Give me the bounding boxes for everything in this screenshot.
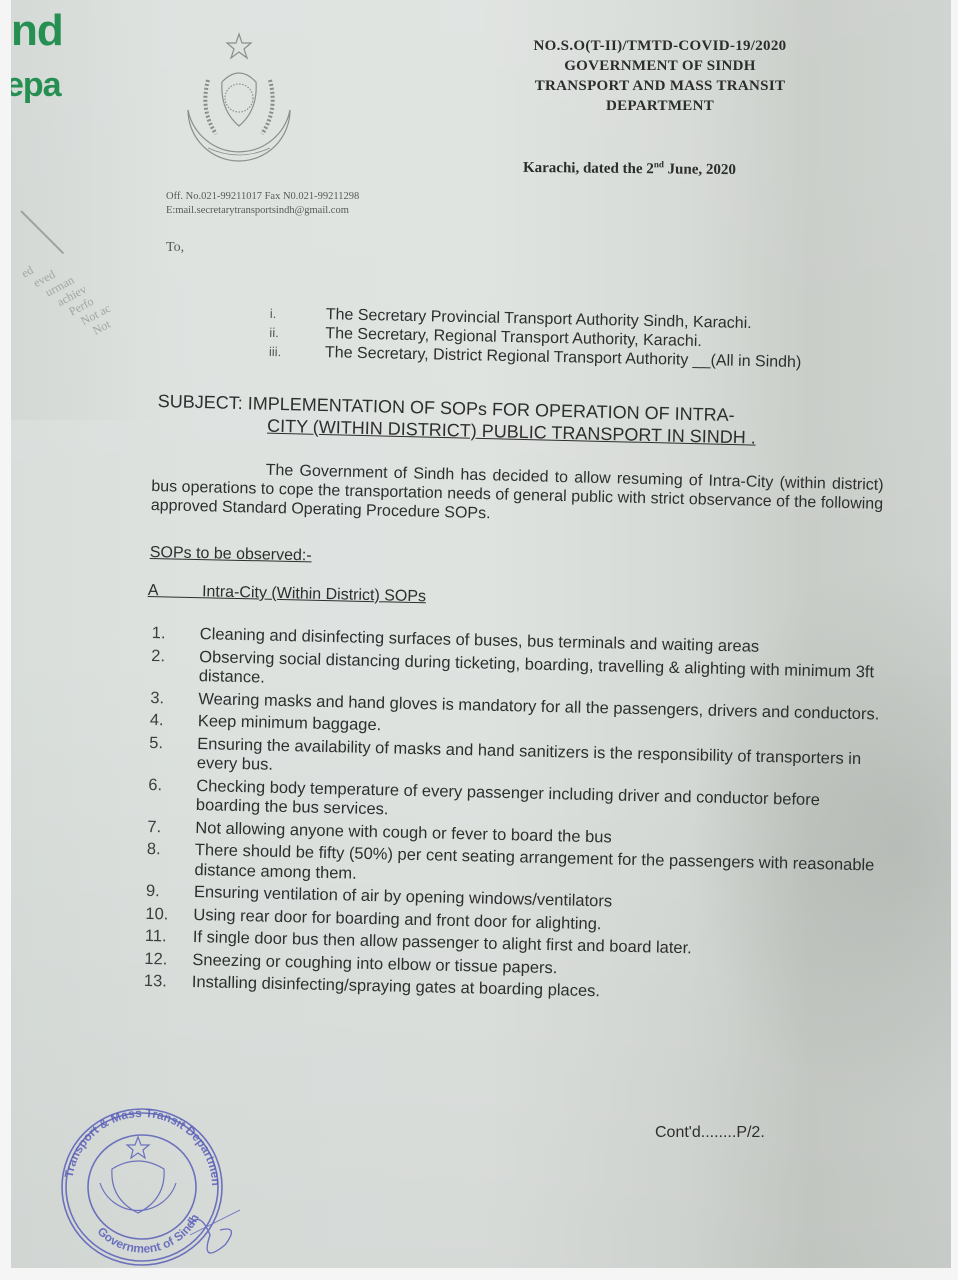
addressee-number: iii.: [269, 342, 325, 362]
sop-number: 12.: [144, 949, 192, 970]
sindh-government-emblem-icon: [178, 30, 300, 170]
sop-number: 13.: [144, 972, 192, 993]
date-ordinal: nd: [654, 159, 664, 169]
addressee-number: ii.: [269, 323, 325, 343]
sop-number: 9.: [146, 882, 194, 903]
sop-number: 6.: [148, 775, 197, 815]
addressee-number: i.: [270, 304, 326, 324]
letterhead-header: NO.S.O(T-II)/TMTD-COVID-19/2020 GOVERNME…: [500, 36, 820, 116]
sop-number: 4.: [150, 711, 198, 732]
sop-number: 7.: [147, 817, 195, 838]
letter-date: Karachi, dated the 2nd June, 2020: [523, 158, 736, 179]
sop-number: 2.: [151, 646, 200, 686]
date-prefix: Karachi, dated the 2: [523, 160, 654, 177]
email: E:mail.secretarytransportsindh@gmail.com: [166, 204, 359, 218]
phone-fax: Off. No.021-99211017 Fax N0.021-99211298: [166, 190, 359, 204]
sop-number: 10.: [145, 904, 193, 925]
reference-number: NO.S.O(T-II)/TMTD-COVID-19/2020: [500, 36, 820, 56]
background-green-text: nd: [11, 6, 63, 56]
subject-label: SUBJECT:: [157, 390, 243, 414]
section-letter: A: [148, 582, 158, 599]
department-line-1: TRANSPORT AND MASS TRANSIT: [500, 76, 820, 96]
sop-number: 8.: [146, 840, 195, 880]
sop-number: 1.: [152, 624, 200, 645]
sop-list: 1.Cleaning and disinfecting surfaces of …: [144, 624, 892, 1011]
sop-number: 3.: [150, 688, 198, 709]
contact-info: Off. No.021-99211017 Fax N0.021-99211298…: [166, 190, 359, 218]
background-sheet: [11, 0, 161, 420]
sops-heading: SOPs to be observed:-: [150, 544, 312, 565]
date-rest: June, 2020: [664, 161, 736, 178]
salutation: To,: [166, 240, 184, 256]
background-green-text-2: epa: [11, 66, 61, 105]
government-name: GOVERNMENT OF SINDH: [500, 56, 820, 76]
sop-number: 11.: [145, 927, 193, 948]
department-stamp-icon: Transport & Mass Transit Department Gove…: [50, 1095, 240, 1275]
sop-number: 5.: [149, 733, 198, 773]
department-line-2: DEPARTMENT: [500, 96, 820, 116]
continued-note: Cont'd........P/2.: [655, 1124, 765, 1142]
